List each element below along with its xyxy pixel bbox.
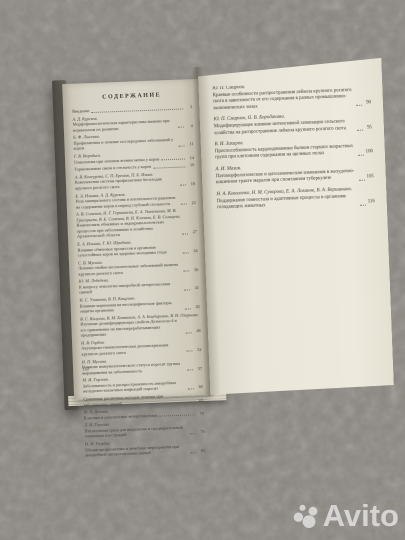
toc-entry: И. П. Мусина.Влияние иммунологического с… bbox=[82, 355, 203, 376]
toc-entry: А. И. Мазин.Патоморфологические и цитохи… bbox=[215, 161, 374, 187]
toc-entry-page-number: 90 bbox=[364, 100, 371, 107]
toc-entry-page-number: 105 bbox=[366, 175, 374, 182]
toc-entry: М. И. Горлова.Заболеваемость и распростр… bbox=[82, 373, 203, 394]
toc-header: СОДЕРЖАНИЕ bbox=[72, 91, 192, 102]
avito-watermark: Avito bbox=[293, 498, 399, 534]
dot-leader bbox=[178, 127, 184, 128]
toc-entry: Е. А. Ильина, А. Д. Курсков.Роль минерал… bbox=[75, 189, 196, 210]
toc-entry-page-number: 11 bbox=[186, 142, 193, 148]
toc-entry-title: Изучение дезинфицирующих свойств Дезмозо… bbox=[80, 318, 184, 338]
toc-entry-page-number: 76 bbox=[197, 429, 204, 435]
dot-leader bbox=[359, 180, 365, 181]
toc-entry: С. В. Мусина.Лечение гнойно-воспалительн… bbox=[78, 256, 199, 277]
right-page: Ю. П. Смирнов.Краевые особенности распро… bbox=[197, 58, 394, 395]
right-page-toc: Ю. П. Смирнов.Краевые особенности распро… bbox=[212, 80, 375, 212]
toc-entry-page-number: 36 bbox=[191, 267, 198, 273]
toc-entry-page-number: 45 bbox=[193, 304, 200, 310]
dot-leader bbox=[188, 401, 194, 402]
toc-entry: В. И. Захаров.Приспособленность кардиоди… bbox=[214, 137, 373, 163]
dot-leader bbox=[358, 155, 364, 156]
toc-entry-page-number: 18 bbox=[188, 181, 195, 187]
toc-entry-page-number: 100 bbox=[366, 150, 374, 157]
dot-leader bbox=[183, 252, 189, 253]
toc-entry: Л. Н. Горлова.Питательная среда для выде… bbox=[84, 418, 205, 439]
dot-leader bbox=[183, 271, 189, 272]
dot-leader bbox=[153, 166, 185, 168]
open-book: СОДЕРЖАНИЕ Введение3А. Д. Курсков.Морфоф… bbox=[52, 56, 399, 413]
toc-entry: Ю. П. Смирнов, О. В. Бородачина.Модифици… bbox=[214, 112, 373, 138]
toc-entry: Ю. М. Лебедева.К вопросу этиологии анаэр… bbox=[79, 274, 200, 295]
left-page-folio: 132 bbox=[82, 366, 89, 371]
dot-leader bbox=[186, 351, 192, 352]
dot-leader bbox=[180, 185, 186, 186]
toc-entry-page-number: 16 bbox=[187, 162, 194, 168]
toc-entry: А. В. Кочеурова, С. П. Еремин, П. Б. Иль… bbox=[75, 170, 196, 191]
dot-leader bbox=[360, 204, 366, 205]
toc-entry-title: Сравнение различных методов лечения при … bbox=[83, 393, 186, 408]
toc-entry: В. С. Калугин, В. М. Ботников, А. А. Бон… bbox=[80, 312, 201, 339]
toc-entry-title: Введение bbox=[72, 108, 90, 114]
toc-entry-title: Взаимосвязь обменных и эндокринологическ… bbox=[76, 219, 180, 239]
dot-leader bbox=[185, 308, 191, 309]
toc-entry-page-number: 34 bbox=[191, 248, 198, 254]
dot-leader bbox=[186, 332, 192, 333]
toc-entry-page-number: 95 bbox=[365, 125, 372, 132]
toc-entry-page-number: 41 bbox=[192, 285, 199, 291]
dot-leader bbox=[356, 105, 362, 106]
toc-entry: Н. В. Горбов.Акушерско-гинекологическая … bbox=[81, 336, 202, 357]
dot-leader bbox=[190, 433, 196, 434]
dot-leader bbox=[190, 452, 196, 453]
toc-entry-page-number: 52 bbox=[194, 347, 201, 353]
toc-entry-page-number: 23 bbox=[189, 200, 196, 206]
photo-of-book: СОДЕРЖАНИЕ Введение3А. Д. Курсков.Морфоф… bbox=[0, 0, 405, 540]
dot-leader bbox=[181, 204, 187, 205]
dot-leader bbox=[182, 233, 188, 234]
toc-entry-page-number: 14 bbox=[187, 155, 194, 161]
dot-leader bbox=[188, 388, 194, 389]
left-page-toc: Введение3А. Д. Курсков.Морфофизиологичес… bbox=[72, 104, 205, 458]
dot-leader bbox=[159, 414, 195, 416]
toc-entry-page-number: 48 bbox=[194, 328, 201, 334]
toc-entry: А. В. Семенов, Н. Г. Гермашева, Е. А. Тк… bbox=[76, 207, 197, 239]
toc-entry: Ю. П. Смирнов.Краевые особенности распро… bbox=[212, 80, 371, 112]
toc-entry-page-number: 57 bbox=[195, 366, 202, 372]
toc-entry-page-number: 27 bbox=[190, 229, 197, 235]
avito-watermark-label: Avito bbox=[323, 498, 399, 534]
toc-entry: Е. А. Ильина, Т. Ю. Шрадина.Влияние обме… bbox=[77, 237, 198, 258]
toc-entry-page-number: 116 bbox=[368, 199, 375, 206]
toc-entry-page-number: 60 bbox=[196, 384, 203, 390]
toc-entry-title: Краевые особенности распространения лейк… bbox=[213, 88, 355, 113]
dot-leader bbox=[357, 130, 363, 131]
toc-entry-page-number: 65 bbox=[196, 397, 203, 403]
dot-leader bbox=[187, 369, 193, 370]
dot-leader bbox=[161, 159, 185, 161]
dot-leader bbox=[184, 289, 190, 290]
toc-entry-page-number: 3 bbox=[185, 104, 192, 110]
toc-entry: Н. С. Ушакова, В. П. Кащенко.Влияние кор… bbox=[79, 293, 200, 314]
toc-entry: Н. А. Коваленко, Н. М. Суворова, Е. А. Л… bbox=[216, 186, 375, 212]
avito-logo-icon bbox=[293, 503, 320, 529]
left-page: СОДЕРЖАНИЕ Введение3А. Д. Курсков.Морфоф… bbox=[62, 79, 210, 400]
toc-entry-page-number: 82 bbox=[198, 448, 205, 454]
toc-entry-page-number: 4 bbox=[186, 123, 193, 129]
toc-entry: Б. Ф. Лысенко.Профилактика и лечение пос… bbox=[73, 131, 194, 152]
toc-entry: А. Д. Курсков.Морфофизиологическая харак… bbox=[72, 112, 193, 133]
dot-leader bbox=[179, 145, 185, 146]
toc-entry-page-number: 70 bbox=[197, 411, 204, 417]
